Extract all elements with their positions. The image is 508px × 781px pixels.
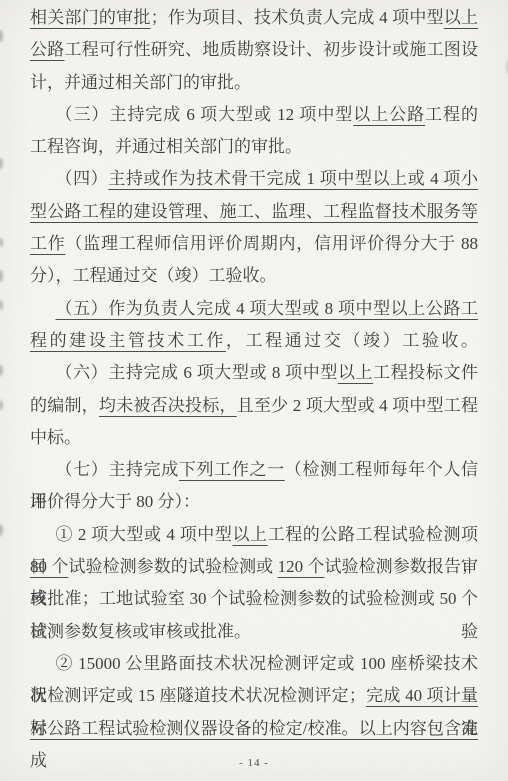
text-line: 的编制，均未被否决投标，且至少 2 项大型或 4 项中型工程 [30,390,478,422]
document-body: 相关部门的审批；作为项目、技术负责人完成 4 项中型以上公路工程可行性研究、地质… [30,2,478,745]
text-line: （六）主持完成 6 项大型或 8 项中型以上工程投标文件 [30,357,478,389]
underlined-text: 程的建设主管技术工作 [30,331,226,350]
underlined-text: 以上公路 [353,105,425,124]
scan-smudge [0,158,3,169]
text-line: 公路工程可行性研究、地质勘察设计、初步设计或施工图设 [30,34,478,66]
scan-smudge [0,270,3,282]
text-line: 分），工程通过交（竣）工验收。 [30,260,478,292]
text-segment: 分），工程通过交（竣）工验收。 [30,266,277,285]
page-number: - 14 - [0,757,508,769]
underlined-text: （五）作为负责人完成 4 项大型或 8 项中型以上公路工 [56,299,479,318]
text-line: 80 个试验检测参数的试验检测或 120 个试验检测参数报告审核 [30,551,478,583]
text-segment: （四） [56,169,109,188]
text-segment: （六）主持完成 6 项大型或 8 项中型 [56,363,338,382]
text-line: （五）作为负责人完成 4 项大型或 8 项中型以上公路工 [30,293,478,325]
text-segment: 的编制， [30,396,99,415]
underlined-text: 公路 [30,40,64,59]
text-segment: ① 2 项大型或 4 项中型 [56,525,233,544]
underlined-text: 以上 [444,8,478,27]
scan-smudge [0,300,3,310]
text-segment: 工程的 [425,105,478,124]
scan-smudge [0,400,3,410]
text-line: 程的建设主管技术工作，工程通过交（竣）工验收。 [30,325,478,357]
text-segment: 况检测评定或 15 座隧道技术状况检测评定； [30,686,366,705]
text-line: 工程咨询，并通过相关部门的审批。 [30,131,478,163]
underlined-text: 工作 [30,234,66,253]
underlined-text: 相关部门的审批 [30,8,151,27]
underlined-text: 80 个 [30,557,68,576]
document-page: 相关部门的审批；作为项目、技术负责人完成 4 项中型以上公路工程可行性研究、地质… [0,0,508,781]
text-segment: 且至少 2 项大型或 4 项中型工程 [237,396,478,415]
text-line: ② 15000 公里路面技术状况检测评定或 100 座桥梁技术状 [30,648,478,680]
text-line: 对公路工程试验检测仪器设备的检定/校准。以上内容包含完成 [30,713,478,745]
underlined-text: 以上 [232,525,267,544]
text-line: 型公路工程的建设管理、施工、监理、工程监督技术服务等 [30,196,478,228]
underlined-text: 均未被否决投标， [99,396,237,415]
text-segment: 评价得分大于 80 分）： [30,492,200,511]
underlined-text: 120 个 [278,557,325,576]
scan-smudge [0,365,3,376]
underlined-text: 下列工作之一 [179,460,285,479]
underlined-text: 以上 [338,363,373,382]
text-segment: 计，并通过相关部门的审批。 [30,73,251,92]
text-segment: 中标。 [30,428,81,447]
text-line: （三）主持完成 6 项大型或 12 项中型以上公路工程的 [30,99,478,131]
underlined-text: 主持或作为技术骨干完成 1 项中型以上或 4 项小 [108,169,478,188]
underlined-text: 对公路工程试验检测仪器设备的检定/校准。 [30,719,359,738]
text-segment: ；作为项目、技术负责人完成 4 项中型 [151,8,444,27]
text-segment: 试验检测参数的试验检测或 [68,557,277,576]
text-segment: （三）主持完成 6 项大型或 12 项中型 [56,105,354,124]
text-line: 工作（监理工程师信用评价周期内，信用评价得分大于 88 [30,228,478,260]
text-line: ① 2 项大型或 4 项中型以上工程的公路工程试验检测项目； [30,519,478,551]
text-segment: （监理工程师信用评价周期内，信用评价得分大于 88 [66,234,479,253]
text-line: 计，并通过相关部门的审批。 [30,67,478,99]
text-segment: 工程咨询，并通过相关部门的审批。 [30,137,302,156]
text-line: 相关部门的审批；作为项目、技术负责人完成 4 项中型以上 [30,2,478,34]
text-segment: 检测参数复核或审核或批准。 [30,622,251,641]
text-segment: ，工程通过交（竣）工验收。 [226,331,478,350]
text-segment: （七）主持完成 [56,460,179,479]
text-segment: 工程投标文件 [373,363,478,382]
scan-smudge [0,524,3,536]
text-line: 评价得分大于 80 分）： [30,486,478,518]
underlined-text: 型公路工程的建设管理、施工、监理、工程监督技术服务等 [30,202,478,221]
scan-smudge [0,238,3,247]
text-line: 况检测评定或 15 座隧道技术状况检测评定；完成 40 项计量标准 [30,680,478,712]
text-line: 或批准；工地试验室 30 个试验检测参数的试验检测或 50 个试验 [30,583,478,615]
scan-smudge [0,30,3,42]
text-segment: 工程可行性研究、地质勘察设计、初步设计或施工图设 [64,40,478,59]
text-line: （四）主持或作为技术骨干完成 1 项中型以上或 4 项小 [30,163,478,195]
text-line: 中标。 [30,422,478,454]
text-line: （七）主持完成下列工作之一（检测工程师每年个人信用 [30,454,478,486]
